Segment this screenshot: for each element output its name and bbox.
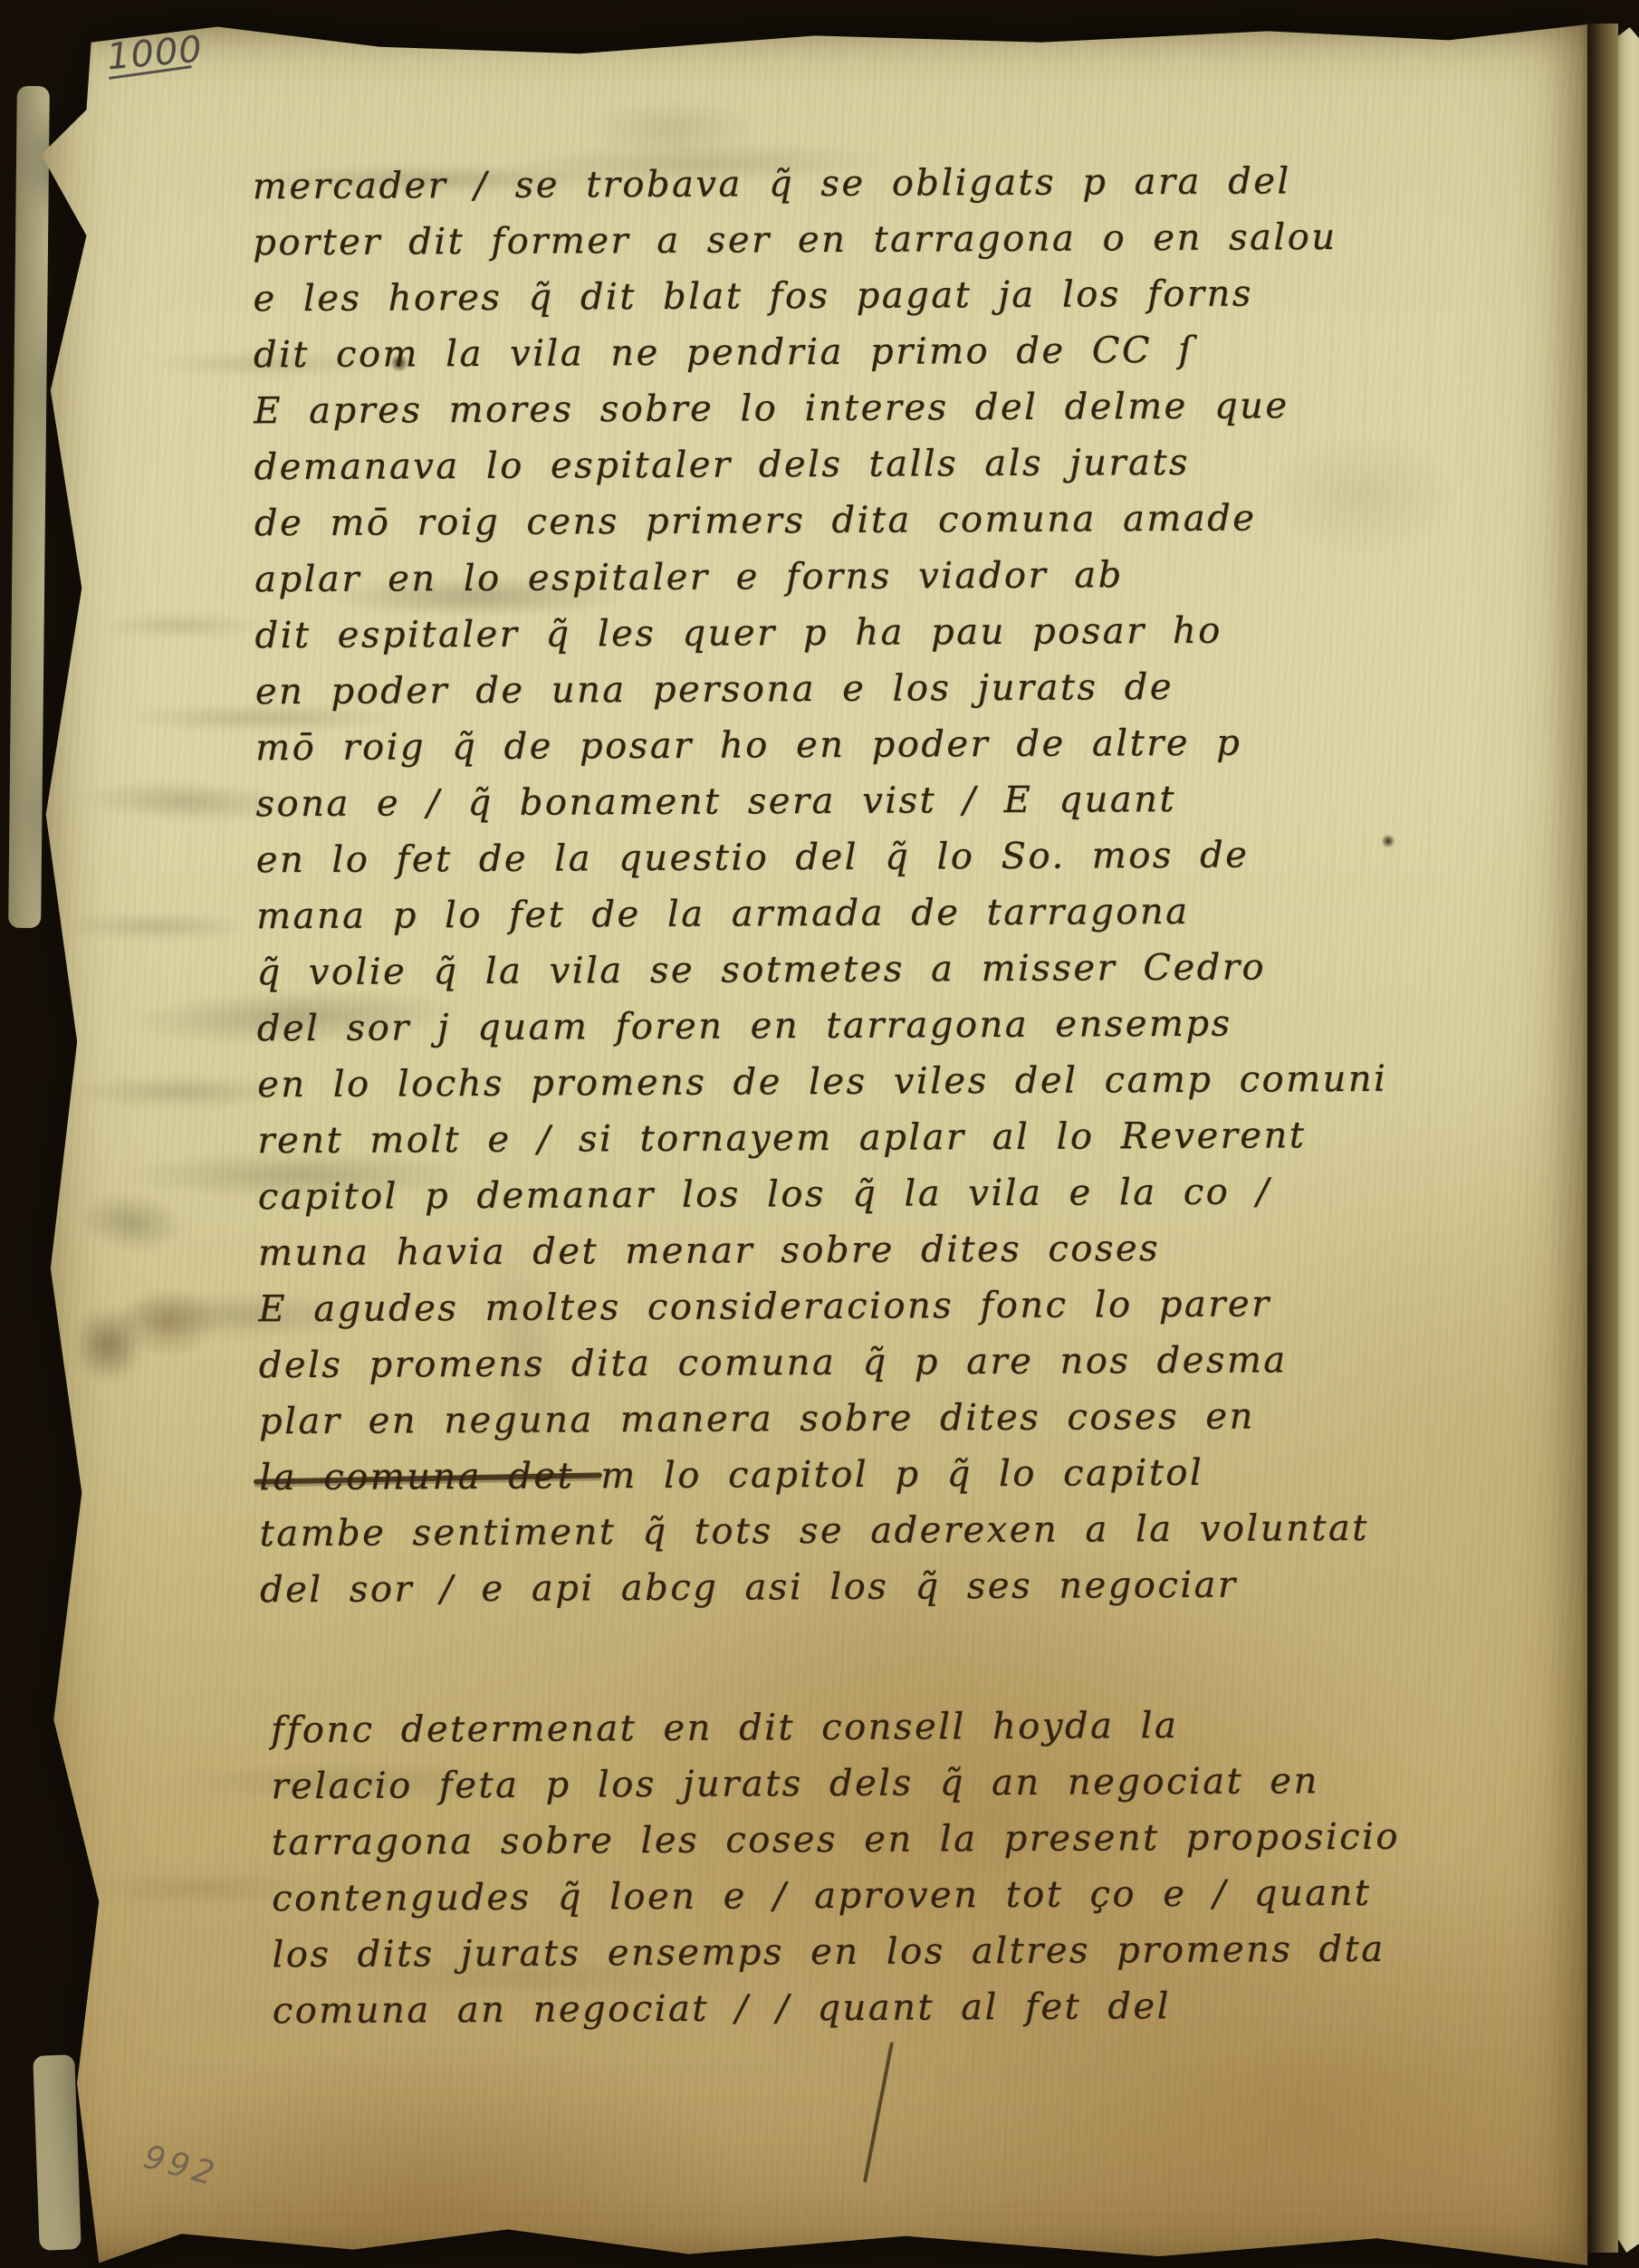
manuscript-line: contengudes q̃ loen e / aproven tot ço e… xyxy=(272,1865,1400,1928)
facing-page-edge xyxy=(1618,27,1639,2253)
manuscript-line: plar en neguna manera sobre dites coses … xyxy=(259,1388,1390,1450)
manuscript-line: demanava lo espitaler dels talls als jur… xyxy=(254,434,1385,496)
manuscript-line: relacio feta p los jurats dels q̃ an neg… xyxy=(271,1753,1399,1815)
manuscript-line: dit com la vila ne pendria primo de CC ſ xyxy=(254,321,1385,384)
manuscript-line: capitol p demanar los los q̃ la vila e l… xyxy=(258,1163,1389,1226)
manuscript-line: ffonc determenat en dit consell hoyda la xyxy=(271,1697,1399,1759)
manuscript-line: en poder de una persona e los jurats de xyxy=(255,658,1386,721)
manuscript-line: los dits jurats ensemps en los altres pr… xyxy=(272,1921,1400,1984)
manuscript-line: en lo lochs promens de les viles del cam… xyxy=(257,1051,1388,1114)
manuscript-line: dels promens dita comuna q̃ p are nos de… xyxy=(259,1332,1390,1394)
stray-slash-mark xyxy=(863,2042,894,2183)
ink-blot xyxy=(80,1301,138,1388)
gutter-shadow xyxy=(1580,24,1618,2253)
manuscript-line: q̃ volie q̃ la vila se sotmetes a misser… xyxy=(256,939,1387,1001)
manuscript-line: e les hores q̃ dit blat fos pagat ja los… xyxy=(253,265,1384,328)
manuscript-page: 1000 mercader / se trobava q̃ se obligat… xyxy=(27,20,1587,2265)
page-wrap: 1000 mercader / se trobava q̃ se obligat… xyxy=(0,0,1639,2268)
manuscript-line: rent molt e / si tornayem aplar al lo Re… xyxy=(257,1107,1388,1170)
manuscript-line: mō roig q̃ de posar ho en poder de altre… xyxy=(255,714,1386,777)
manuscript-line: muna havia det menar sobre dites coses xyxy=(258,1220,1389,1282)
manuscript-line: tambe sentiment q̃ tots se aderexen a la… xyxy=(260,1500,1391,1563)
manuscript-line: sona e / q̃ bonament sera vist / E quant xyxy=(255,770,1386,833)
ink-smudge xyxy=(62,912,252,941)
ink-smudge xyxy=(95,613,267,638)
manuscript-line: aplar en lo espitaler e forns viador ab xyxy=(254,546,1385,608)
manuscript-line: E agudes moltes consideracions fonc lo p… xyxy=(258,1276,1389,1338)
manuscript-line: tarragona sobre les coses en la present … xyxy=(272,1809,1400,1871)
manuscript-line: de mō roig cens primers dita comuna amad… xyxy=(254,490,1385,552)
manuscript-line: E apres mores sobre lo interes del delme… xyxy=(254,378,1385,440)
folio-number-top: 1000 xyxy=(105,28,204,77)
ink-smudge xyxy=(589,100,761,158)
manuscript-line: en lo fet de la questio del q̃ lo So. mo… xyxy=(256,827,1387,889)
manuscript-line: del sor j quam foren en tarragona ensemp… xyxy=(257,995,1388,1057)
manuscript-line: mana p lo fet de la armada de tarragona xyxy=(256,883,1387,945)
manuscript-line: dit espitaler q̃ les quer p ha pau posar… xyxy=(254,602,1385,665)
manuscript-line: del sor / e api abcg asi los q̃ ses nego… xyxy=(260,1556,1391,1619)
manuscript-paragraph-2: ffonc determenat en dit consell hoyda la… xyxy=(271,1697,1401,2040)
manuscript-line: mercader / se trobava q̃ se obligats p a… xyxy=(253,153,1384,215)
manuscript-scan: 1000 mercader / se trobava q̃ se obligat… xyxy=(0,0,1639,2268)
ink-smudge xyxy=(73,1185,189,1259)
folio-number-bottom-text: 992 xyxy=(139,2139,222,2194)
folio-number-bottom: 992 xyxy=(139,2139,222,2194)
manuscript-line: comuna an negociat / / quant al fet del xyxy=(273,1977,1401,2040)
manuscript-line: porter dit former a ser en tarragona o e… xyxy=(253,209,1384,272)
manuscript-paragraph-1: mercader / se trobava q̃ se obligats p a… xyxy=(253,153,1391,1619)
